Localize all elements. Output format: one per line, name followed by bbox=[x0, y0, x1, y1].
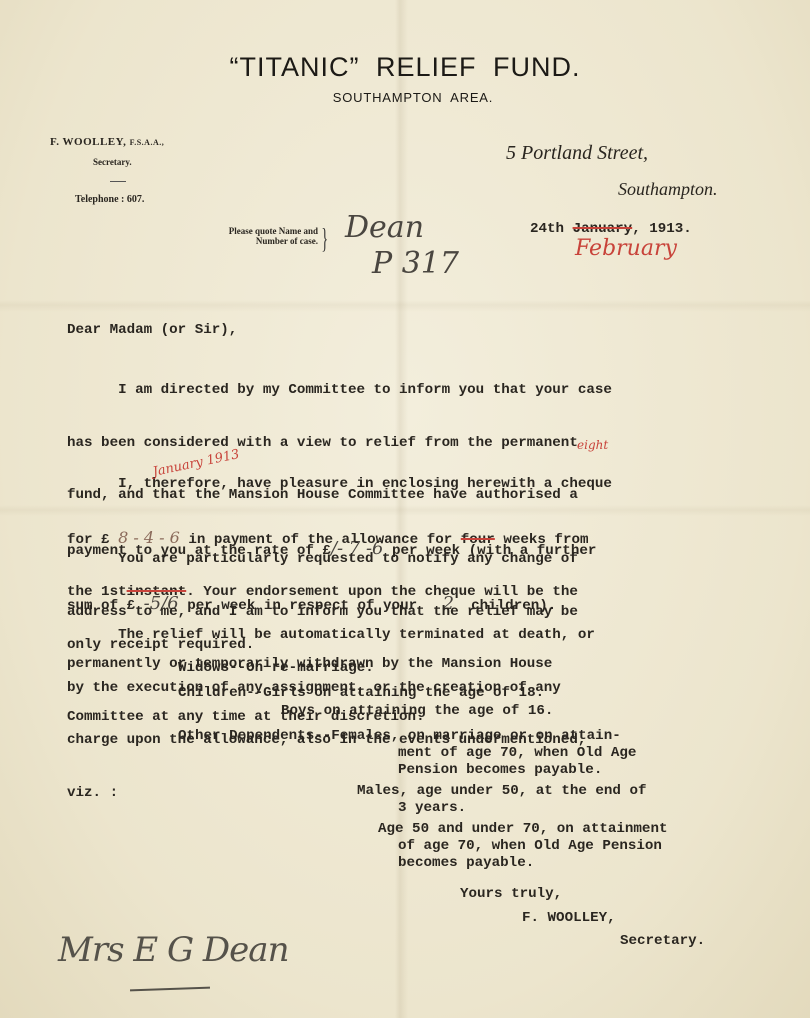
quote-instruction: Please quote Name and Number of case. bbox=[226, 226, 318, 246]
sender-role: Secretary. bbox=[93, 157, 132, 167]
closing-role: Secretary. bbox=[620, 933, 705, 951]
closing-signer: F. WOOLLEY, bbox=[522, 910, 616, 928]
p1-line: I am directed by my Committee to inform … bbox=[67, 382, 612, 400]
p3-line: You are particularly requested to notify… bbox=[67, 551, 578, 569]
telephone: Telephone : 607. bbox=[75, 194, 144, 205]
date-month-struck: January bbox=[573, 221, 633, 237]
letterhead-title: “TITANIC” RELIEF FUND. bbox=[0, 52, 810, 83]
condition-widows: Widows--On re-marriage. bbox=[178, 660, 374, 678]
brace-glyph: } bbox=[321, 224, 328, 256]
sender-credentials: F.S.A.A., bbox=[130, 138, 165, 147]
condition-other-females-2: ment of age 70, when Old Age bbox=[398, 745, 636, 763]
condition-males-under50-2: 3 years. bbox=[398, 800, 466, 818]
p4-line: The relief will be automatically termina… bbox=[67, 627, 595, 645]
condition-males-50to70-1: Age 50 and under 70, on attainment bbox=[378, 821, 667, 839]
condition-children-girls: Children--Girls on attaining the age of … bbox=[178, 685, 544, 703]
salutation: Dear Madam (or Sir), bbox=[67, 322, 237, 340]
sender-name: F. WOOLLEY, bbox=[50, 136, 126, 148]
p2-line: I, therefore, have pleasure in enclosing… bbox=[67, 476, 612, 494]
letterhead-subtitle: SOUTHAMPTON AREA. bbox=[0, 90, 810, 105]
date-year: 1913. bbox=[649, 221, 692, 237]
date-month-handwritten: February bbox=[575, 236, 677, 261]
address-line2: Southampton. bbox=[618, 179, 718, 200]
recipient-signature: Mrs E G Dean bbox=[58, 930, 288, 970]
weeks-handwritten: eight bbox=[577, 438, 608, 452]
sender-block: F. WOOLLEY, F.S.A.A., bbox=[50, 136, 164, 148]
date-day: 24th bbox=[530, 221, 564, 237]
condition-other-females-1: Other Dependents--Females, on marriage o… bbox=[178, 728, 621, 746]
case-number-handwritten: P 317 bbox=[372, 246, 459, 281]
case-name-handwritten: Dean bbox=[345, 210, 424, 245]
valediction: Yours truly, bbox=[460, 886, 562, 904]
condition-males-50to70-2: of age 70, when Old Age Pension bbox=[398, 838, 662, 856]
address-line1: 5 Portland Street, bbox=[506, 142, 648, 165]
condition-children-boys: Boys on attaining the age of 16. bbox=[281, 703, 553, 721]
condition-males-under50-1: Males, age under 50, at the end of bbox=[357, 783, 646, 801]
condition-males-50to70-3: becomes payable. bbox=[398, 855, 534, 873]
divider bbox=[110, 181, 126, 182]
condition-other-females-3: Pension becomes payable. bbox=[398, 762, 602, 780]
